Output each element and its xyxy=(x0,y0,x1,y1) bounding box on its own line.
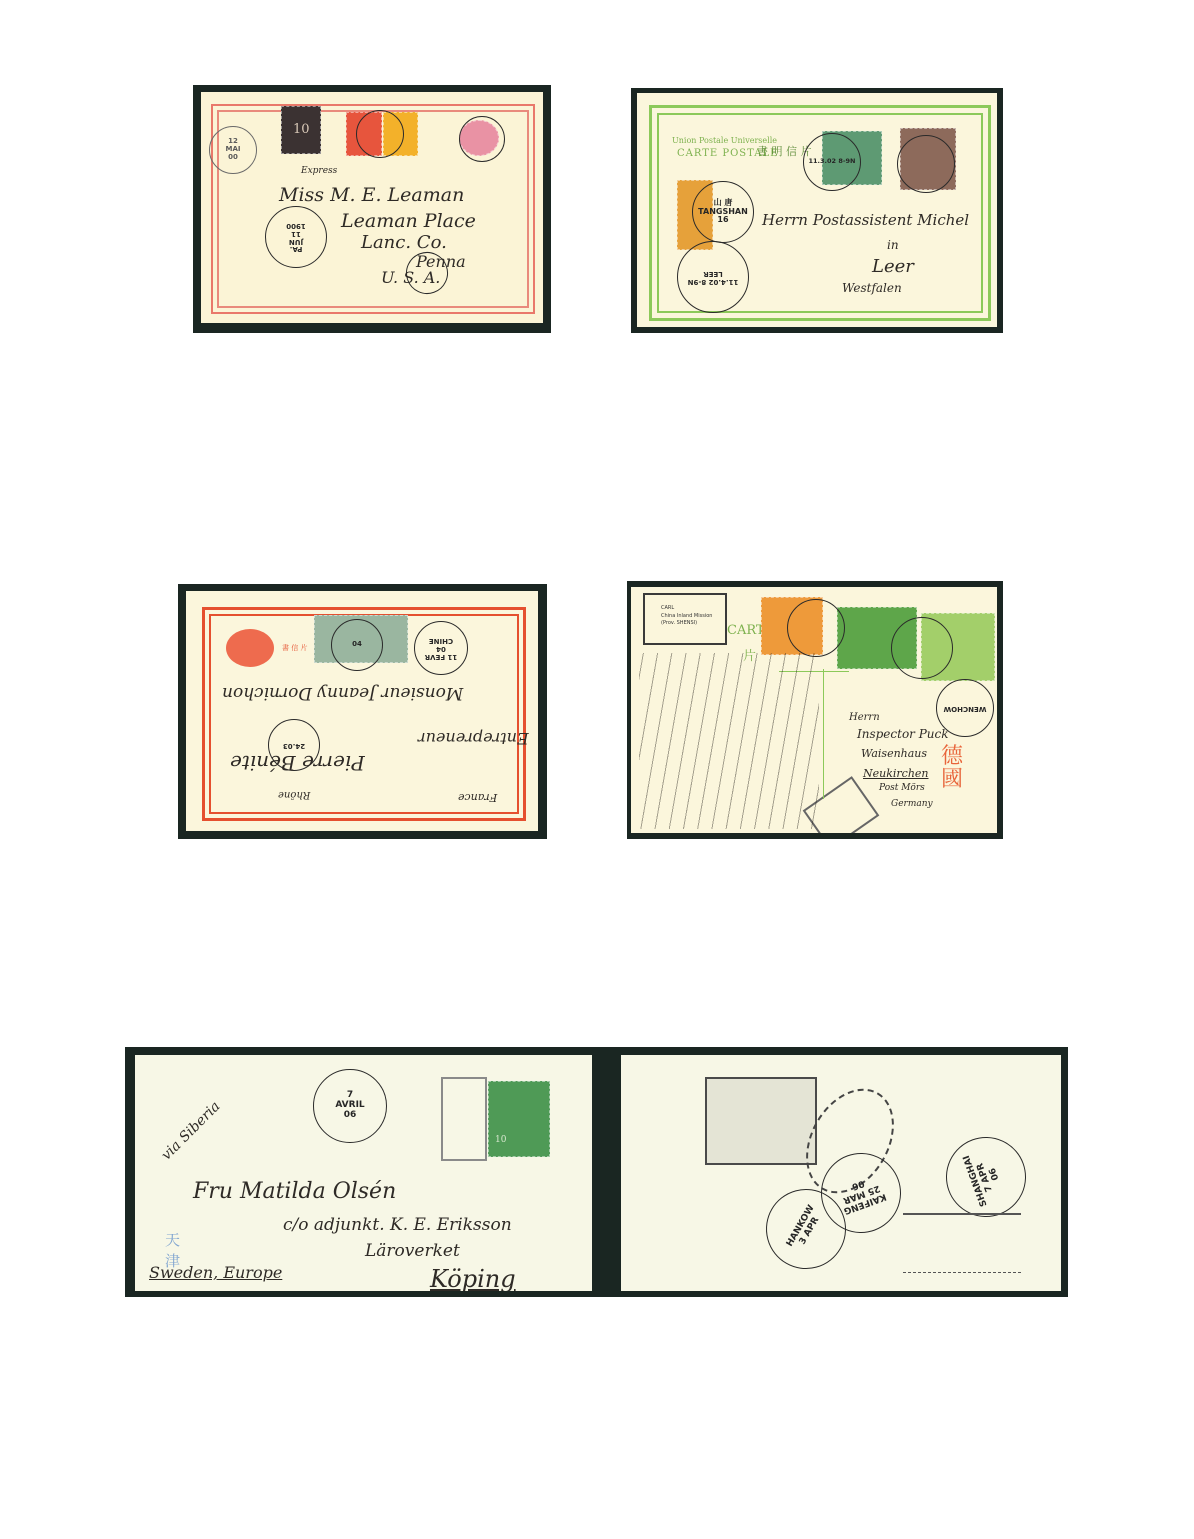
item-card-2: Union Postale Universelle CARTE POSTALE … xyxy=(631,88,1003,333)
cover-front: 10 7AVRIL06 via Siberia 天 津 Sweden, Euro… xyxy=(135,1055,592,1291)
red-chop-germany: 德 國 xyxy=(941,745,959,791)
handwritten-message xyxy=(639,653,819,829)
stamp-value: 10 xyxy=(293,122,310,137)
address-line: Neukirchen xyxy=(863,767,929,780)
postmark-2 xyxy=(891,617,953,679)
postal-card: 10 12MAI00 PA.JUN111900 Express Miss M. … xyxy=(201,92,543,323)
boxed-chop xyxy=(705,1077,817,1165)
annotation-destination: Sweden, Europe xyxy=(149,1263,282,1282)
postmark-circle xyxy=(356,110,404,158)
cover-back: HANKOW3 APR KAIFENG25 MAR06 SHANGHAI7 AP… xyxy=(621,1055,1061,1291)
postal-card: Union Postale Universelle CARTE POSTALE … xyxy=(637,93,997,327)
address-line: Westfalen xyxy=(842,281,902,295)
postal-card: CARL China Inland Mission (Prov. SHENSI)… xyxy=(631,587,997,833)
postmark-baden: 11.3.02 8-9N xyxy=(803,133,861,191)
postmark-leaman-place: PA.JUN111900 xyxy=(265,206,327,268)
address-line: Rhône xyxy=(278,789,310,800)
address-line: Post Mörs xyxy=(879,783,925,793)
postmark-shanghai: 12MAI00 xyxy=(209,126,257,174)
address-line: Germany xyxy=(891,799,933,809)
postal-card: 書 信 片 04 11 FEVR04CHINE 24.03 Monsieur J… xyxy=(186,591,538,831)
address-line: c/o adjunkt. K. E. Eriksson xyxy=(283,1215,512,1235)
annotation-via-siberia: via Siberia xyxy=(158,1098,223,1163)
address-line: U. S. A. xyxy=(381,268,440,287)
printed-header-cart: CART xyxy=(727,623,765,638)
printed-chinese-text: 書 信 片 xyxy=(282,643,307,653)
postmark-chine-2: 11 FEVR04CHINE xyxy=(414,621,468,675)
box-cachet: CARL China Inland Mission (Prov. SHENSI) xyxy=(643,593,727,645)
item-card-4: CARL China Inland Mission (Prov. SHENSI)… xyxy=(627,581,1003,839)
boxed-chop xyxy=(441,1077,487,1161)
address-line: Express xyxy=(301,166,337,176)
address-line: Monsieur Jeanny Dornichon xyxy=(222,683,463,703)
stamp-dragon-10c xyxy=(488,1081,550,1157)
address-line: France xyxy=(458,791,497,804)
address-line: Miss M. E. Leaman xyxy=(279,184,464,206)
address-line: Lanc. Co. xyxy=(361,232,447,253)
postmark-1 xyxy=(787,599,845,657)
postmark-shanghai: 7AVRIL06 xyxy=(313,1069,387,1143)
postmark-tangshan: 山 唐TANGSHAN16 xyxy=(692,181,754,243)
cachet-line: CARL xyxy=(661,605,721,613)
item-card-1: 10 12MAI00 PA.JUN111900 Express Miss M. … xyxy=(193,85,551,333)
divider-line xyxy=(823,669,824,799)
address-line: Fru Matilda Olsén xyxy=(193,1179,396,1204)
postmark-leer: 11.4.02 8-9NLEER xyxy=(677,241,749,313)
item-card-3: 書 信 片 04 11 FEVR04CHINE 24.03 Monsieur J… xyxy=(178,584,547,839)
address-line: Pierre Bénite xyxy=(230,751,365,775)
cachet-line: (Prov. SHENSI) xyxy=(661,620,721,628)
address-line: Herrn Postassistent Michel xyxy=(762,211,969,229)
postmark-nanking xyxy=(459,116,505,162)
address-line: Köping xyxy=(430,1265,516,1291)
postmark-chine-1: 04 xyxy=(331,619,383,671)
address-line: Leer xyxy=(872,256,914,277)
address-line: Waisenhaus xyxy=(861,747,927,760)
address-line: Inspector Puck xyxy=(857,727,949,741)
address-line: Herrn xyxy=(849,712,880,723)
boxed-chop-2 xyxy=(903,1213,1021,1273)
imprinted-stamp xyxy=(226,629,274,667)
address-line: Läroverket xyxy=(365,1241,460,1261)
item-cover: 10 7AVRIL06 via Siberia 天 津 Sweden, Euro… xyxy=(125,1047,1068,1297)
postmark-tangshan-brown xyxy=(897,135,955,193)
address-line: in xyxy=(887,238,899,252)
address-line: Entrepreneur xyxy=(418,729,529,748)
cachet-line: China Inland Mission xyxy=(661,613,721,621)
stamp-value: 10 xyxy=(495,1135,506,1145)
address-line: Leaman Place xyxy=(341,210,476,232)
